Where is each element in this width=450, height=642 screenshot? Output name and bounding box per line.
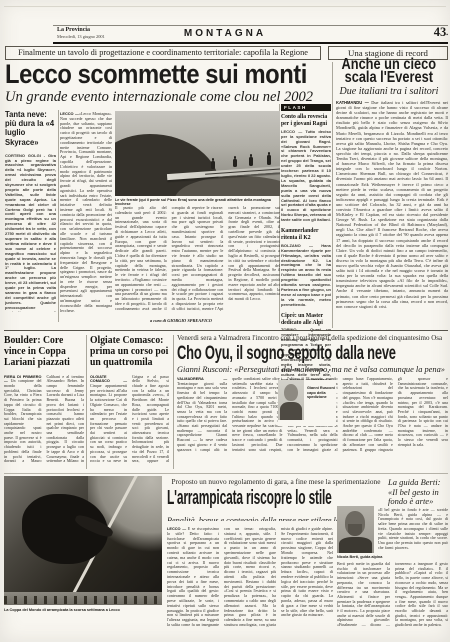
column-rule-right bbox=[332, 62, 333, 328]
flash-item-title: Conto alla rovescia per i giovani Ragni bbox=[281, 114, 331, 128]
stile-right-section: La guida Berti: «Il bel gesto in fondo è… bbox=[337, 478, 448, 636]
flash-label: FLASH bbox=[281, 104, 331, 111]
rusconi-photo-block: Gianni Rusconi capo della spedizione bbox=[278, 380, 336, 426]
lead-body-col1: LECCO —«Lecco Montagna». Non succede spe… bbox=[60, 112, 112, 324]
crowd-strip bbox=[4, 592, 162, 605]
bottom-divider bbox=[4, 473, 448, 474]
climbing-photo-caption: La Coppa del Mondo di arrampicata la sco… bbox=[4, 608, 162, 612]
section-title: MONTAGNA bbox=[0, 28, 450, 39]
everest-subhead: Due italiani tra i salitori bbox=[330, 86, 448, 97]
scan-edge-line bbox=[4, 6, 446, 7]
portrait-beard bbox=[348, 524, 362, 536]
column-rule-mid2 bbox=[173, 335, 174, 469]
column-rule-sidebar bbox=[58, 110, 59, 322]
lead-headline: Lecco scommette sui monti bbox=[5, 59, 339, 87]
berti-photo bbox=[337, 506, 374, 553]
olgiate-headline: Olgiate Comasco: prima un corso poi un q… bbox=[90, 335, 169, 370]
boulder-body: FIERA DI PRIMIERO — Un campione del mond… bbox=[4, 375, 84, 469]
portrait-head bbox=[284, 384, 298, 401]
boulder-article: Boulder: Core vince in Coppa Lariani pia… bbox=[4, 335, 84, 469]
hiker-figure bbox=[267, 155, 271, 165]
hiker-figure bbox=[233, 159, 237, 167]
column-rule-mid1 bbox=[86, 335, 87, 469]
chooyu-body-wrap: VALMADRERA — Trentacinque giorni sulla m… bbox=[177, 377, 448, 467]
hiker-figure bbox=[211, 161, 215, 169]
chooyu-subhead: Gianni Rusconi: «Perseguitati dal maltem… bbox=[177, 365, 448, 374]
rusconi-photo bbox=[278, 380, 304, 420]
hiker-figure bbox=[249, 157, 253, 166]
olgiate-article: Olgiate Comasco: prima un corso poi un q… bbox=[90, 335, 169, 469]
crowd-figures bbox=[4, 596, 162, 604]
rusconi-caption: Gianni Rusconi capo della spedizione bbox=[307, 386, 336, 400]
header-rule-top bbox=[53, 25, 448, 26]
header-rule-thick bbox=[53, 42, 448, 44]
flash-item-title: Ciprè: un Master dedicato alle Alpi bbox=[281, 313, 331, 327]
sidebar-article: Tanta neve: più dura la «4 luglio Skyrac… bbox=[5, 110, 56, 312]
lead-photo bbox=[115, 111, 280, 196]
flash-item-body: BOLZANO — Hans Kammerlander riparte per … bbox=[281, 244, 331, 308]
lead-photo-caption: Le vie ferrate (qui il ponte sul Pizzo E… bbox=[115, 198, 280, 206]
pull-quote: La guida Berti: «Il bel gesto in fondo è… bbox=[388, 478, 450, 507]
lead-body-columns: Il punto più alto del calendario sarà pe… bbox=[115, 206, 280, 323]
page-number-glyph: ▪ bbox=[446, 33, 448, 38]
sidebar-headline: Tanta neve: più dura la «4 luglio Skyrac… bbox=[5, 110, 56, 150]
berti-caption: Nicola Berti, guida alpina bbox=[337, 555, 447, 559]
chooyu-article: Venerdì sera a Valmadrera l'incontro con… bbox=[177, 334, 448, 467]
chooyu-headline: Cho Oyu, il sogno sepolto dalla neve bbox=[177, 343, 448, 364]
section-divider bbox=[4, 330, 448, 331]
lead-subhead: Un grande evento internazionale come clo… bbox=[5, 88, 339, 106]
portrait-shoulders bbox=[339, 537, 372, 553]
portrait-shoulders bbox=[280, 402, 302, 420]
chooyu-kicker: Venerdì sera a Valmadrera l'incontro con… bbox=[177, 334, 448, 342]
page-number: 43▪ bbox=[418, 25, 448, 40]
newspaper-page: La Provincia Mercoledì, 13 giugno 2001 M… bbox=[0, 0, 450, 642]
climbing-photo bbox=[4, 476, 162, 605]
stile-body-right-top: «Il bel gesto in fondo è arte — sorride … bbox=[378, 508, 448, 552]
sidebar-body: CORTENO GOLGI - Gira già a pieno regime … bbox=[5, 154, 56, 312]
olgiate-body: OLGIATE COMASCO — Cinque appuntamenti pe… bbox=[90, 375, 169, 469]
lead-kicker: Finalmente un tavolo di progettazione e … bbox=[5, 46, 321, 60]
stile-body-right-bottom: Berti però mette in guardia dal rischio … bbox=[337, 562, 448, 634]
flash-item-body: LECCO — Tutto deciso per la spedizione e… bbox=[281, 130, 331, 223]
stile-body: LECCO — E se riscoprissimo lo stile? Det… bbox=[167, 527, 333, 635]
flash-item-title: Kammerlander ritenta il K2 bbox=[281, 228, 331, 242]
boulder-headline: Boulder: Core vince in Coppa Lariani pia… bbox=[4, 335, 84, 370]
everest-body: KATHMANDU — Due italiani tra i salitori … bbox=[336, 100, 448, 328]
lead-byline: a cura di GIORGIO SPREAFICO bbox=[148, 318, 214, 323]
everest-headline: Anche un cieco scala l'Everest bbox=[330, 58, 448, 85]
